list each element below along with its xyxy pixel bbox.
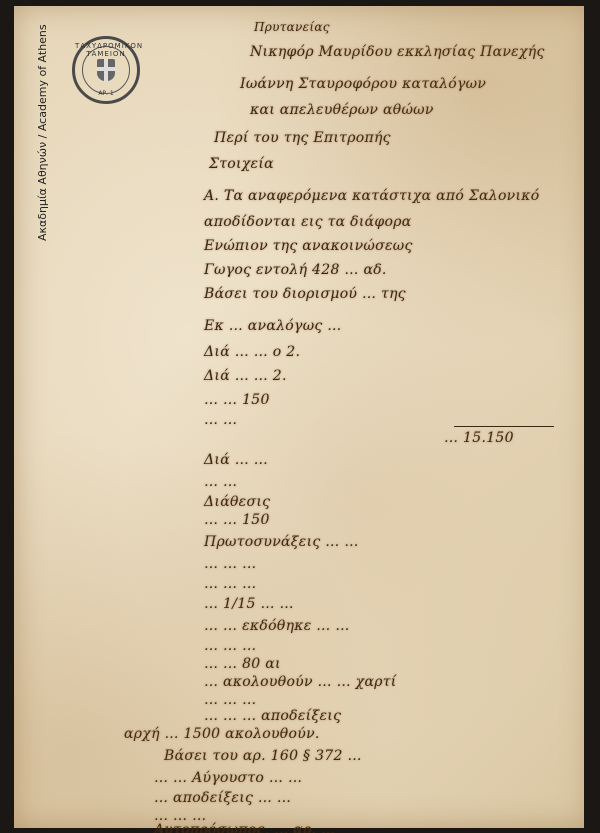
text-line: … … 80 αι <box>204 656 281 672</box>
text-line: Αυτοπρόσωπος, … αρ. … <box>154 822 335 833</box>
text-line: … … … <box>204 576 256 592</box>
stamp-bottom-text: ΑΡ. 1 <box>75 90 137 97</box>
text-line: … … <box>204 474 237 490</box>
text-line: Βάσει του αρ. 160 § 372 … <box>164 748 362 764</box>
stamp-inner-ring <box>82 46 130 94</box>
text-line: Εκ … αναλόγως … <box>204 318 342 334</box>
text-line: … … Αύγουστο … … <box>154 770 302 786</box>
text-line: αρχή … 1500 ακολουθούν. <box>124 726 320 742</box>
text-line: Διά … … <box>204 452 268 468</box>
text-line: Διάθεσις <box>204 494 270 510</box>
text-line: Πρωτοσυνάξεις … … <box>204 534 359 550</box>
text-line: … … <box>204 412 237 428</box>
text-line: Γωγος εντολή 428 … αδ. <box>204 262 387 278</box>
text-line: … … εκδόθηκε … … <box>204 618 350 634</box>
text-line: Νικηφόρ Μαυρίδου εκκλησίας Πανεχής <box>250 44 545 60</box>
text-line: … αποδείξεις … … <box>154 790 291 806</box>
text-line: … … … <box>204 692 256 708</box>
text-line: … ακολουθούν … … χαρτί <box>204 674 397 690</box>
header-word: Πρυτανείας <box>254 20 330 34</box>
text-line: Α. Τα αναφερόμενα κατάστιχα από Σαλονικό <box>204 188 539 204</box>
text-line: Ενώπιον της ανακοινώσεως <box>204 238 413 254</box>
coat-of-arms-icon <box>97 59 115 81</box>
manuscript-page: Ακαδημία Αθηνών / Academy of Athens ΤΑΧΥ… <box>14 6 592 828</box>
text-line: … … 150 <box>204 392 270 408</box>
text-line: αποδίδονται εις τα διάφορα <box>204 214 412 230</box>
text-line: … … … <box>154 808 206 824</box>
sum-rule <box>454 426 554 427</box>
text-line: Διά … … ο 2. <box>204 344 300 360</box>
text-line: Στοιχεία <box>209 156 274 172</box>
text-line: Βάσει του διορισμού … της <box>204 286 406 302</box>
scan-border <box>584 0 600 833</box>
text-line: και απελευθέρων αθώων <box>250 102 434 118</box>
text-line: Διά … … 2. <box>204 368 287 384</box>
text-line: … … … <box>204 638 256 654</box>
text-line: … … … αποδείξεις <box>204 708 341 724</box>
text-line: … 1/15 … … <box>204 596 294 612</box>
text-line: … 15.150 <box>444 430 514 446</box>
text-line: Περί του της Επιτροπής <box>214 130 391 146</box>
handwritten-text-block: Πρυτανείας Νικηφόρ Μαυρίδου εκκλησίας Πα… <box>14 6 592 828</box>
postal-stamp: ΤΑΧΥΔΡΟΜΙΚΟΝ ΤΑΜΕΙΟΝ ΑΡ. 1 <box>72 36 140 104</box>
stamp-top-text: ΤΑΧΥΔΡΟΜΙΚΟΝ ΤΑΜΕΙΟΝ <box>75 42 137 58</box>
text-line: … … 150 <box>204 512 270 528</box>
archive-watermark-label: Ακαδημία Αθηνών / Academy of Athens <box>36 24 49 241</box>
text-line: … … … <box>204 556 256 572</box>
text-line: Ιωάννη Σταυροφόρου καταλόγων <box>240 76 486 92</box>
